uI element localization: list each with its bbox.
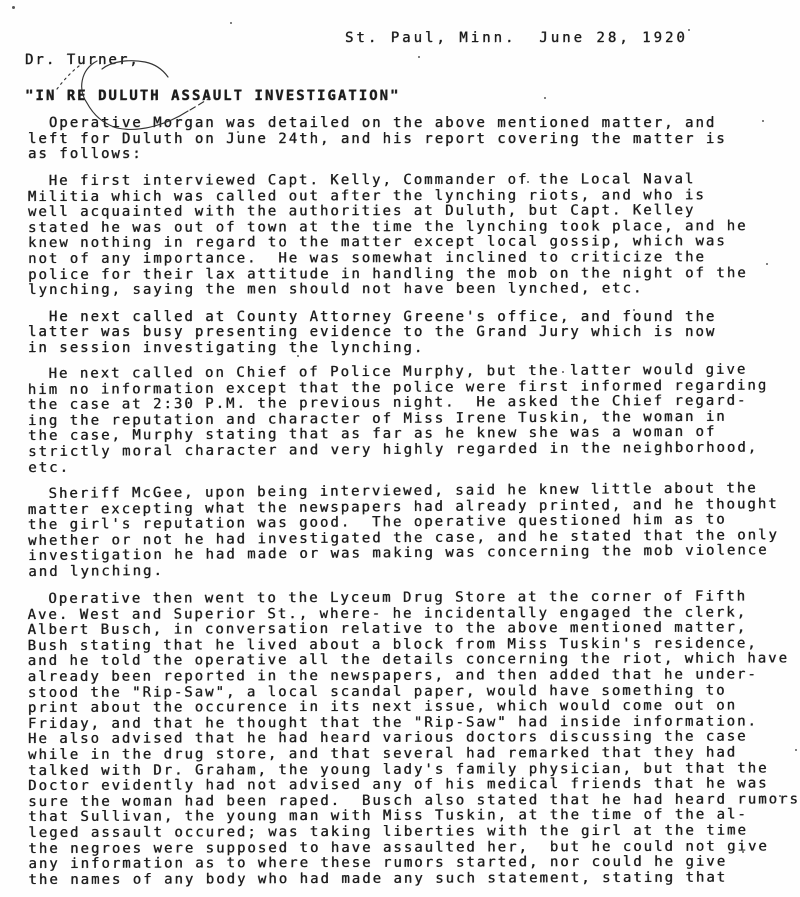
paragraph: Operative Morgan was detailed on the abo…	[28, 116, 800, 163]
document-line: He next called at County Attorney Greene…	[28, 310, 800, 326]
scan-speck	[633, 309, 635, 311]
document-page: St. Paul, Minn. June 28, 1920 Dr. Turner…	[0, 0, 800, 897]
scan-speck	[766, 263, 768, 265]
scan-speck	[12, 6, 15, 9]
paragraph: He next called at County Attorney Greene…	[28, 310, 800, 357]
document-body: Operative Morgan was detailed on the abo…	[28, 116, 800, 897]
scan-speck	[742, 851, 744, 853]
scan-speck	[230, 22, 232, 24]
document-line: latter was busy presenting evidence to t…	[28, 325, 800, 341]
document-line: and lynching.	[28, 559, 800, 581]
dateline: St. Paul, Minn. June 28, 1920	[345, 30, 688, 46]
paragraph: He next called on Chief of Police Murphy…	[28, 363, 800, 477]
scan-speck	[762, 120, 764, 122]
scan-speck	[544, 97, 546, 99]
document-line: Operative Morgan was detailed on the abo…	[28, 116, 800, 132]
subject-line: "IN RE DULUTH ASSAULT INVESTIGATION"	[25, 88, 400, 104]
scan-speck	[527, 181, 529, 183]
document-line: in session investigating the lynching.	[28, 341, 800, 357]
scan-speck	[237, 131, 239, 133]
scan-speck	[795, 749, 797, 751]
document-line: left for Duluth on June 24th, and his re…	[28, 132, 800, 148]
scan-speck	[418, 56, 420, 58]
pen-loop-dotted-segment	[57, 66, 79, 89]
document-line: the names of any body who had made any s…	[28, 870, 800, 888]
document-line: lynching, saying the men should not have…	[28, 281, 800, 299]
paragraph: Sheriff McGee, upon being interviewed, s…	[28, 481, 800, 581]
scan-speck	[297, 355, 299, 357]
document-line: as follows:	[28, 147, 800, 163]
salutation: Dr. Turner,	[25, 52, 140, 68]
scan-speck	[779, 795, 781, 797]
paragraph: He first interviewed Capt. Kelly, Comman…	[28, 172, 800, 299]
scan-speck	[562, 371, 564, 373]
paragraph: Operative then went to the Lyceum Drug S…	[27, 589, 800, 888]
scan-speck	[688, 29, 690, 31]
